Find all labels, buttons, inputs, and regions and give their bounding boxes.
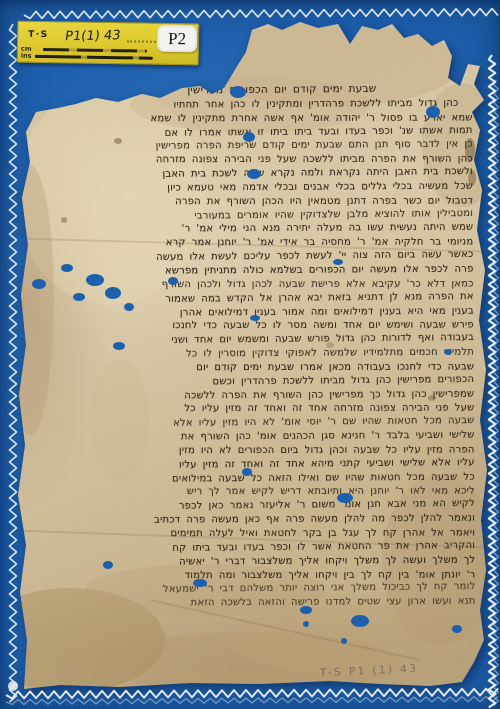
ins-scale-bar	[35, 55, 153, 60]
paper-surface: שבעת ימים קודם יום הכפורים מפרישיןכהן גד…	[0, 0, 500, 709]
shelfmark-label: T·S P1(1) 43 P2 cm ins	[17, 21, 200, 66]
shelfmark-number: P1(1) 43	[63, 28, 121, 44]
page-tag: P2	[168, 28, 186, 48]
shelfmark-row: T·S P1(1) 43 P2	[18, 22, 198, 49]
cm-scale-bar	[43, 48, 147, 53]
ins-scale-row: ins	[18, 53, 198, 63]
page-tag-chip: P2	[157, 25, 197, 53]
ins-unit-label: ins	[21, 53, 35, 60]
collection-code: T·S	[28, 30, 49, 40]
photo-mount: שבעת ימים קודם יום הכפורים מפרישיןכהן גד…	[0, 0, 500, 709]
manuscript-fragment: שבעת ימים קודם יום הכפורים מפרישיןכהן גד…	[0, 0, 500, 709]
damage-holes	[0, 0, 500, 709]
